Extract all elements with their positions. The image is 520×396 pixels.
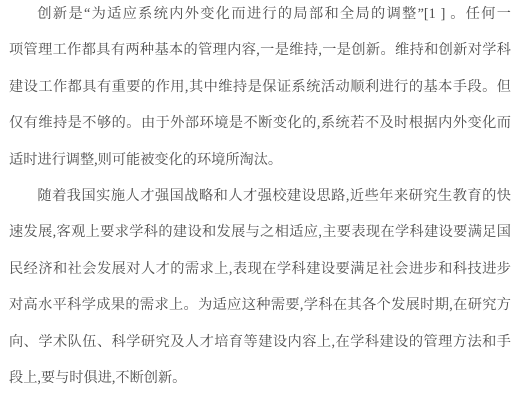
document-page: 创新是“为适应系统内外变化而进行的局部和全局的调整”[1 ] 。任何一 项管理工… [0,0,520,396]
text-line: 段上,要与时俱进,不断创新。 [9,360,511,396]
text-line: 创新是“为适应系统内外变化而进行的局部和全局的调整”[1 ] 。任何一 [9,0,511,32]
text-line: 速发展,客观上要求学科的建设和发展与之相适应,主要表现在学科建设要满足国 [9,214,511,250]
text-line: 对高水平科学成果的需求上。为适应这种需要,学科在其各个发展时期,在研究方 [9,287,511,323]
text-line: 随着我国实施人才强国战略和人才强校建设思路,近些年来研究生教育的快 [9,178,511,214]
text-line: 民经济和社会发展对人才的需求上,表现在学科建设要满足社会进步和科技进步 [9,251,511,287]
text-line: 项管理工作都具有两种基本的管理内容,一是维持,一是创新。维持和创新对学科 [9,32,511,68]
paragraph: 创新是“为适应系统内外变化而进行的局部和全局的调整”[1 ] 。任何一 项管理工… [9,0,511,178]
text-line: 向、学术队伍、科学研究及人才培育等建设内容上,在学科建设的管理方法和手 [9,324,511,360]
text-line: 建设工作都具有重要的作用,其中维持是保证系统活动顺利进行的基本手段。但 [9,69,511,105]
paragraph: 随着我国实施人才强国战略和人才强校建设思路,近些年来研究生教育的快 速发展,客观… [9,178,511,396]
text-line: 适时进行调整,则可能被变化的环境所淘汰。 [9,142,511,178]
text-line: 仅有维持是不够的。由于外部环境是不断变化的,系统若不及时根据内外变化而 [9,105,511,141]
